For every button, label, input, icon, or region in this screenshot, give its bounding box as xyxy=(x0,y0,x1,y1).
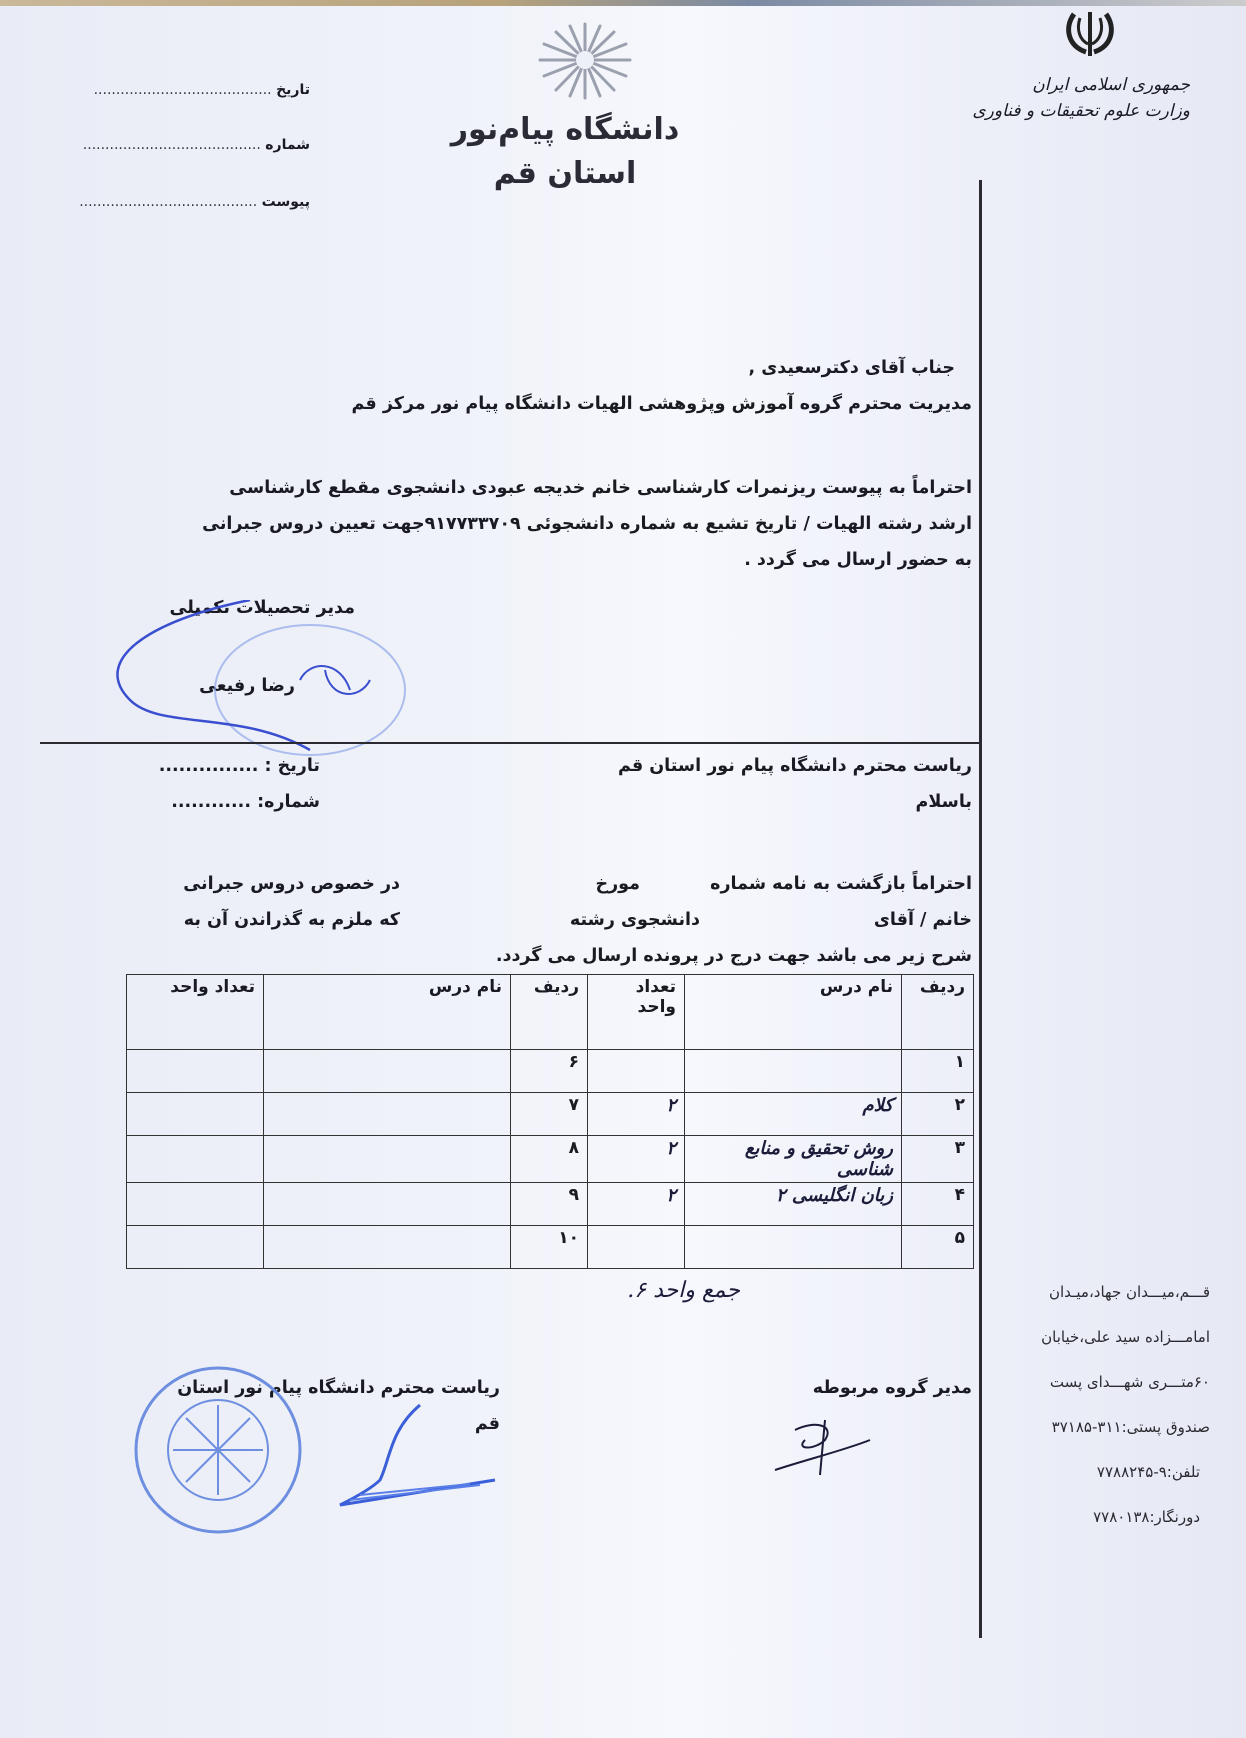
meta-date-field: تاریخ ..................................… xyxy=(70,82,310,98)
address-line: امامـــزاده سید علی،خیابان xyxy=(990,1315,1210,1360)
letter-recipient: مدیریت محترم گروه آموزش وپژوهشی الهیات د… xyxy=(300,386,972,422)
course-name: روش تحقیق و منابع شناسی xyxy=(685,1136,902,1183)
reply-line2-mid: دانشجوی رشته xyxy=(540,902,700,938)
row-number: ۷ xyxy=(511,1093,588,1136)
course-name xyxy=(264,1183,511,1226)
row-number: ۴ xyxy=(902,1183,974,1226)
fax-number: دورنگار:۷۷۸۰۱۳۸ xyxy=(990,1495,1210,1540)
row-number: ۸ xyxy=(511,1136,588,1183)
university-address: قـــم،میـــدان جهاد،میـدان امامـــزاده س… xyxy=(990,1270,1210,1540)
table-row: ۲ کلام ۲ ۷ xyxy=(127,1093,974,1136)
reply-date: تاریخ : ............... xyxy=(150,748,320,784)
row-number: ۹ xyxy=(511,1183,588,1226)
ministry-line-2: وزارت علوم تحقیقات و فناوری xyxy=(960,98,1190,124)
course-units xyxy=(588,1226,685,1269)
course-name xyxy=(264,1093,511,1136)
university-seal-stamp xyxy=(128,1360,308,1540)
university-head-signature xyxy=(330,1400,500,1510)
address-line: قـــم،میـــدان جهاد،میـدان xyxy=(990,1270,1210,1315)
meta-date-value: ........................................ xyxy=(94,82,272,98)
course-units: ۲ xyxy=(588,1136,685,1183)
reply-line3: شرح زیر می باشد جهت درج در پرونده ارسال … xyxy=(400,938,972,974)
row-number: ۱ xyxy=(902,1050,974,1093)
iran-emblem-icon xyxy=(1060,6,1120,62)
reply-line1-left: در خصوص دروس جبرانی xyxy=(150,866,400,902)
ministry-heading: جمهوری اسلامی ایران وزارت علوم تحقیقات و… xyxy=(960,72,1190,124)
compensatory-courses-table: ردیف نام درس تعداد واحد ردیف نام درس تعد… xyxy=(126,974,974,1269)
col-header-row-num-1: ردیف xyxy=(902,975,974,1050)
reply-greeting: باسلام xyxy=(560,784,972,820)
letter-salutation: جناب آقای دکترسعیدی , xyxy=(300,350,955,386)
meta-number-field: شماره ..................................… xyxy=(70,137,310,153)
reply-line2-left: که ملزم به گذراندن آن به xyxy=(150,902,400,938)
section-divider xyxy=(40,742,981,744)
course-name xyxy=(264,1136,511,1183)
table-row: ۳ روش تحقیق و منابع شناسی ۲ ۸ xyxy=(127,1136,974,1183)
handwritten-total: جمع واحد ۶. xyxy=(600,1278,740,1303)
reply-number: شماره: ............ xyxy=(150,784,320,820)
col-header-units-2: تعداد واحد xyxy=(127,975,264,1050)
group-manager-label: مدیر گروه مربوطه xyxy=(780,1370,972,1406)
course-name xyxy=(685,1050,902,1093)
meta-date-label: تاریخ xyxy=(276,82,310,98)
scanned-letter-page: جمهوری اسلامی ایران وزارت علوم تحقیقات و… xyxy=(0,0,1246,1738)
university-name: دانشگاه پیام‌نور xyxy=(420,108,710,152)
university-title: دانشگاه پیام‌نور استان قم xyxy=(420,108,710,196)
col-header-course-1: نام درس xyxy=(685,975,902,1050)
reply-line1-right: احتراماً بازگشت به نامه شماره xyxy=(700,866,972,902)
postal-box: صندوق پستی:۳۱۱-۳۷۱۸۵ xyxy=(990,1405,1210,1450)
reply-recipient: ریاست محترم دانشگاه پیام نور استان قم xyxy=(560,748,972,784)
col-header-row-num-2: ردیف xyxy=(511,975,588,1050)
reply-line2-right: خانم / آقای xyxy=(800,902,972,938)
phone-number: تلفن:۹-۷۷۸۸۲۴۵ xyxy=(990,1450,1210,1495)
address-line: ۶۰متـــری شهـــدای پست xyxy=(990,1360,1210,1405)
table-row: ۵ ۱۰ xyxy=(127,1226,974,1269)
course-units xyxy=(127,1136,264,1183)
margin-divider xyxy=(979,180,982,1638)
row-number: ۳ xyxy=(902,1136,974,1183)
course-units xyxy=(588,1050,685,1093)
meta-attachment-value: ........................................ xyxy=(79,194,257,210)
row-number: ۶ xyxy=(511,1050,588,1093)
course-units: ۲ xyxy=(588,1093,685,1136)
ministry-line-1: جمهوری اسلامی ایران xyxy=(960,72,1190,98)
course-units: ۲ xyxy=(588,1183,685,1226)
course-name xyxy=(264,1226,511,1269)
col-header-course-2: نام درس xyxy=(264,975,511,1050)
body-line-1: احتراماً به پیوست ریزنمرات کارشناسی خانم… xyxy=(140,470,972,506)
group-manager-signature xyxy=(765,1410,875,1480)
col-header-units-1: تعداد واحد xyxy=(588,975,685,1050)
course-name: زبان انگلیسی ۲ xyxy=(685,1183,902,1226)
course-units xyxy=(127,1183,264,1226)
meta-attachment-field: پیوست ..................................… xyxy=(70,194,310,210)
meta-number-label: شماره xyxy=(265,137,310,153)
row-number: ۵ xyxy=(902,1226,974,1269)
table-row: ۱ ۶ xyxy=(127,1050,974,1093)
course-name xyxy=(685,1226,902,1269)
body-line-2: ارشد رشته الهیات / تاریخ تشیع به شماره د… xyxy=(140,506,972,542)
row-number: ۲ xyxy=(902,1093,974,1136)
table-header-row: ردیف نام درس تعداد واحد ردیف نام درس تعد… xyxy=(127,975,974,1050)
row-number: ۱۰ xyxy=(511,1226,588,1269)
course-name: کلام xyxy=(685,1093,902,1136)
signature-stamp-graphic xyxy=(110,600,410,760)
meta-number-value: ........................................ xyxy=(83,137,261,153)
course-units xyxy=(127,1050,264,1093)
province-name: استان قم xyxy=(420,152,710,196)
meta-attachment-label: پیوست xyxy=(262,194,310,210)
course-units xyxy=(127,1093,264,1136)
course-name xyxy=(264,1050,511,1093)
course-units xyxy=(127,1226,264,1269)
payame-noor-sunburst-icon xyxy=(530,20,640,100)
letter-body: احتراماً به پیوست ریزنمرات کارشناسی خانم… xyxy=(140,470,972,578)
reply-line1-mid: مورخ xyxy=(540,866,640,902)
body-line-3: به حضور ارسال می گردد . xyxy=(140,542,972,578)
table-row: ۴ زبان انگلیسی ۲ ۲ ۹ xyxy=(127,1183,974,1226)
